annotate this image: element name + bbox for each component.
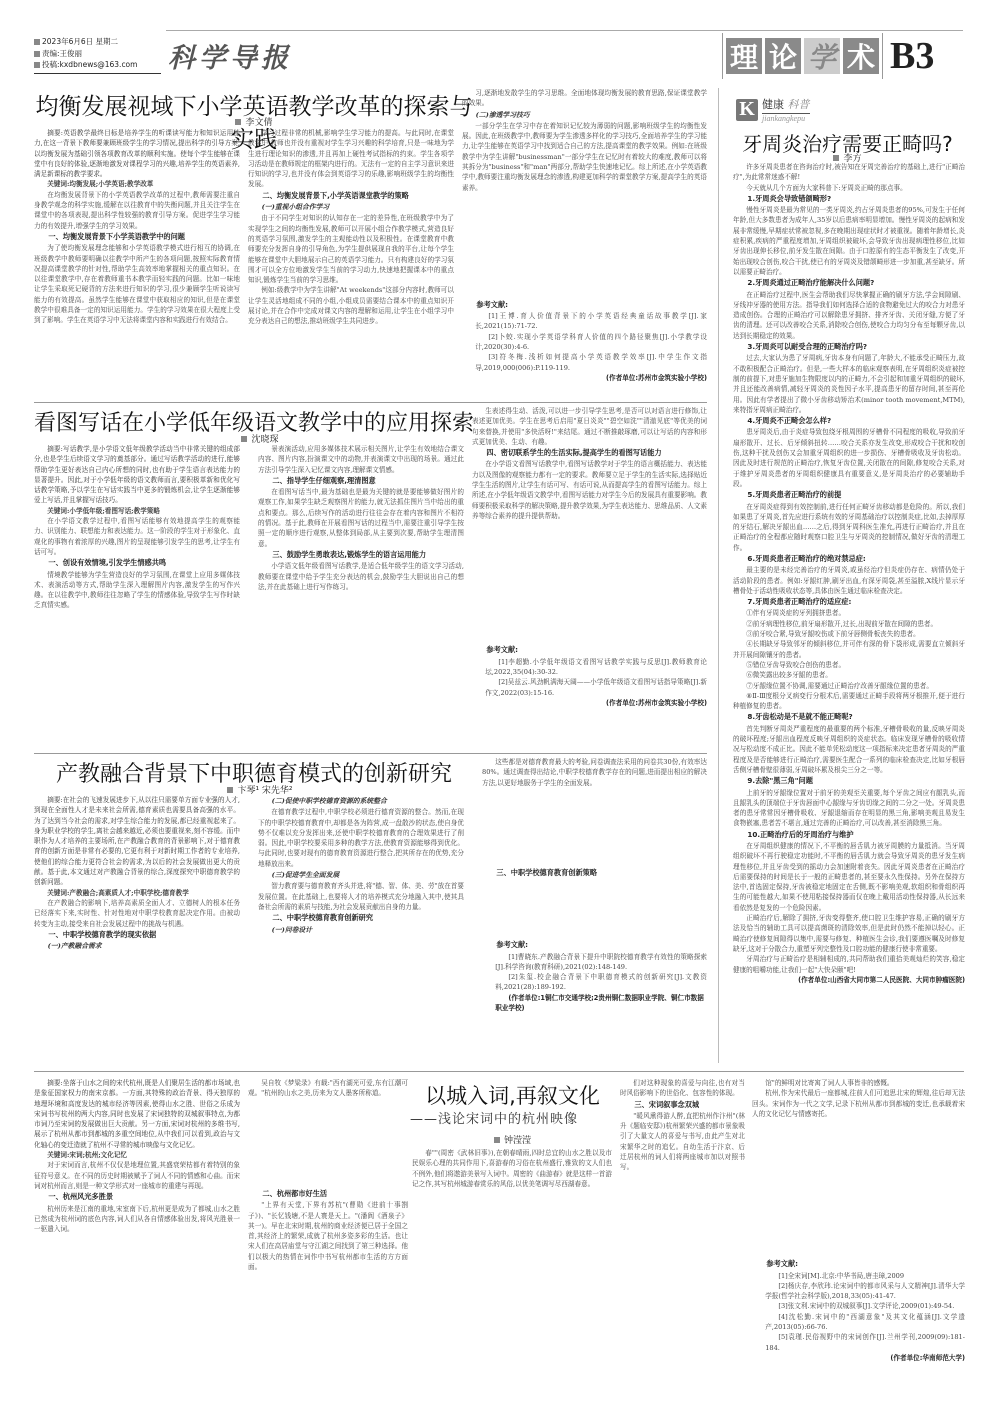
health-article-body: 许多牙周炎患者在咨询治疗时,被告知在牙周完善治疗的基础上,进行"正畸治疗",为此… (733, 162, 965, 1067)
question-heading: 7.牙周炎患者正畸治疗的适应症: (733, 597, 965, 607)
article1-column-1: 摘要:英语教学最终目标是培养学生的听课读写能力和知识运用能力,在这一背景下教师要… (34, 128, 240, 398)
bullet-square-icon (227, 787, 233, 793)
paragraph: 智力教育要与德育教育齐头并进,将"德、智、体、美、劳"放在首要发展位置。在此基础… (258, 881, 464, 912)
divider (722, 33, 723, 79)
paragraph: 在看图写话当中,最为基础也是最为关键的就是要能够做好图片的观察工作,如果学生缺乏… (258, 487, 464, 549)
paragraph: 春""(周密《武林旧事》),在朝春晴雨,四时总宜的山水之胜以及市民娱乐心理的共同… (412, 1148, 612, 1189)
column-name-accent: 科普 (788, 98, 810, 111)
section-char: 术 (843, 38, 879, 74)
section-heading: 二、均衡发展背景下,小学英语课堂教学的策略 (248, 191, 454, 201)
article4-column-3: 春""(周密《武林旧事》),在朝春晴雨,四时总宜的山水之胜以及市民娱乐心理的共同… (412, 1148, 612, 1408)
paragraph: 馆"的鲜明对比寄寓了词人人事皆非的感慨。 (752, 1078, 965, 1088)
list-item: ⑥微笑露出较多牙龈的患者。 (733, 670, 965, 680)
divider (34, 1071, 964, 1072)
article3-column-3: 这些都是对德育教育最大的考验,问卷调查法采用的问卷共30份,有效率达80%。通过… (482, 757, 707, 1057)
paragraph: 杭州历来是江南的重地,宋室南下后,杭州更是成为了都城,山水之胜已然成为杭州词的底… (34, 1204, 240, 1235)
paragraph: 这些都是对德育教育最大的考验,问卷调查法采用的问卷共30份,有效率达80%。通过… (482, 757, 707, 867)
paragraph: 在均衡发展背景下的小学英语教学改革的过程中,教师需要注重自身教学观念的科学实施,… (34, 190, 240, 231)
paragraph: 慢性牙周炎是最为常见的一类牙周炎,约占牙周炎患者的95%,可发生于任何年龄,但大… (733, 205, 965, 277)
reference: [3]符冬梅.浅析如何提高小学英语教学效率[J].中学生作文指导,2019,00… (462, 352, 707, 373)
paragraph: 在小学语文教学过程中,看图写话能够有效地提高学生的观察能力、识别能力、联想能力和… (34, 516, 240, 557)
reference: [2]朱玺.校企融合背景下中职德育模式的创新研究[J].文教资料,2021(28… (482, 972, 707, 993)
author: 钟滢滢 (504, 1136, 531, 1146)
paragraph: 患牙周炎后,由于炎症导致包绕牙根周围的牙槽骨不同程度的吸收,导致前牙扇形散开、过… (733, 427, 965, 489)
author-unit: (作者单位:苏州市金筑实验小学校) (462, 373, 707, 383)
paragraph: 小学语文低年级看图写话教学,是适合低年级学生的语文学习活动,教师要在课堂中给予学… (258, 561, 464, 592)
paragraph: 情境教学能够为学生营造良好的学习氛围,在课堂上应用多媒体技术、表演活动等方式,帮… (34, 570, 240, 611)
paragraph: 习,逐渐地发散学生的学习思维。全面地体现均衡发展的教育思路,保证课堂教学的效果。 (462, 88, 707, 109)
submission-email: 投稿:kxdbnews@163.com (42, 60, 137, 69)
section-heading: 二、杭州都市好生活 (248, 1189, 408, 1199)
editor: 责编:王俊丽 (42, 49, 82, 58)
article2-column-3: 生表述得生动、活泼,可以进一步引导学生思考,是否可以对语言进行修饰,让表述更加优… (472, 406, 707, 751)
column-name: 健康 科普 (762, 96, 810, 114)
paragraph: 在德育教学过程中,中职学校必须进行德育资源的整合。然而,在现下的中职学校德育教育… (258, 807, 464, 869)
section-heading: 三、鼓励学生勇敢表达,锻炼学生的语言运用能力 (258, 550, 464, 560)
question-heading: 8.牙齿松动是不是就不能正畸呢? (733, 712, 965, 722)
subsection-heading: (二)渗透学习技巧 (462, 110, 707, 120)
list-item: ⑤错位牙齿导致咬合创伤的患者。 (733, 660, 965, 670)
newspaper-logo: 科学导报 (168, 36, 292, 75)
author-unit: (作者单位:山西省大同市第二人民医院、大同市肿瘤医院) (733, 975, 965, 985)
keywords: 关键词:均衡发展;小学英语;教学改革 (34, 179, 240, 189)
question-heading: 3.牙周炎可以耐受合理的正畸治疗吗? (733, 342, 965, 352)
abstract: 摘要:在社会的飞速发展进步下,从以往只需要单方面专业强的人才,到现在全面性人才是… (34, 795, 240, 888)
list-item: ⑦牙龈缘位置不协调,需要通过正畸治疗改善牙龈缘位置的患者。 (733, 681, 965, 691)
list-item: ⑧Ⅱ-Ⅲ度根分叉病变行分根术后,需要通过正畸手段将两牙根推开,便于进行种植修复的… (733, 691, 965, 712)
paragraph: "暖风熏得游人醉,直把杭州作汴州"(林升《题临安邸》)杭州繁荣兴盛的都市景象吸引… (620, 1111, 745, 1173)
bullet-square-icon (34, 62, 40, 68)
paragraph: 为了使均衡发展理念能够和小学英语教学模式进行相互的协调,在班级教学中教师要明确以… (34, 243, 240, 325)
column-name-main: 健康 (762, 98, 784, 111)
question-heading: 10.正畸治疗后的牙周治疗与维护 (733, 830, 965, 840)
paragraph: 过去,大家认为患了牙周病,牙齿本身有问题了,年龄大,不能承受正畸压力,故不敢积极… (733, 353, 965, 415)
section-heading: 一、均衡发展背景下小学英语教学中的问题 (34, 232, 240, 242)
reference: [3]张文利.宋词中的双城叙事[J].文学评论,2009(01):49-54. (752, 1301, 965, 1311)
subsection-heading: (一)问卷设计 (258, 925, 464, 935)
article4-column-1: 摘要:坐落于山水之间的宋代杭州,既是人们聚居生活的都市场域,也是象征国家权力的南… (34, 1078, 240, 1408)
reference: [1]王博.育人价值背景下的小学英语经典童话故事教学[J].家长,2021(15… (462, 311, 707, 332)
question-heading: 1.牙周炎会导致错颌畸形? (733, 194, 965, 204)
author-unit: (作者单位:1铜仁市交通学校;2贵州铜仁数据职业学院、铜仁市数据职业学校) (482, 993, 707, 1014)
article1-column-2: 学习过程非常的机械,影响学生学习能力的提高。与此同时,在课堂教学中,教师也并没有… (248, 128, 454, 398)
bullet-square-icon (833, 155, 839, 161)
paragraph: 生表述得生动、活泼,可以进一步引导学生思考,是否可以对语言进行修饰,让表述更加优… (472, 406, 707, 447)
section-heading: 四、密切联系学生的生活实际,提高学生的看图写话能力 (472, 448, 707, 458)
article4-column-4: 们对这种现象的喜爱与向往,也有对当时风俗影响下的世俗化、包容性的体现。 三、宋词… (620, 1078, 745, 1408)
paragraph: 杭州,作为宋代最后一座都城,往前人们可追思北宋的辉煌,往后却无法回头。宋词作为一… (752, 1088, 965, 1258)
paragraph: 由于不同学生对知识的认知存在一定的差异性,在班级教学中为了实现学生之间的均衡性发… (248, 213, 454, 285)
section-heading: 三、宋词叙事念双城 (620, 1100, 745, 1110)
issue-date: 2023年6月6日 星期二 (42, 37, 118, 46)
section-heading: 一、中职学校德育教学的现实依据 (34, 930, 240, 940)
list-item: ①伴有牙周炎症的牙列拥挤患者。 (733, 608, 965, 618)
question-heading: 9.去除"黑三角"问题 (733, 776, 965, 786)
paragraph: 例如:级教学中为学生讲解"At weekends"这部分内容时,教师可以让学生灵… (248, 285, 454, 326)
section-char: 论 (765, 38, 801, 74)
paragraph: 在产教融合的影响下,培养高素质全面人才、立德树人的根本任务已经落实下来,实时性、… (34, 898, 240, 929)
references-heading: 参考文献: (462, 300, 707, 310)
column-pinyin: jiankangkepu (762, 114, 810, 123)
list-item: ②前牙病理性移位,前牙扇形散开,过长,出现前牙散在间隙的患者。 (733, 619, 965, 629)
subsection-heading: (一)产教融合需求 (34, 941, 240, 951)
section-banner: 理 论 学 术 B3 (722, 30, 934, 82)
paragraph: 在牙周组织健康的情况下,不平衡的唇舌肌力被牙周膜的力量抵消。当牙周组织破坏不再行… (733, 841, 965, 913)
paragraph: 一部分学生在学习中存在着知识记忆较为薄弱的问题,影响班级学生的均衡性发展。因此,… (462, 121, 707, 299)
article1-column-3: 习,逐渐地发散学生的学习思维。全面地体现均衡发展的教育思路,保证课堂教学的效果。… (462, 88, 707, 398)
references-heading: 参考文献: (472, 645, 707, 655)
paragraph: 牙周治疗与正畸治疗是相辅相成的,共同帮助我们重拾美观灿烂的笑容,稳定健康的咀嚼功… (733, 954, 965, 975)
paragraph: 吴自牧《梦粱录》有载:"西有湖光可爱,东有江潮可观。"杭州的山水之美,历来为文人… (248, 1078, 408, 1188)
paragraph: 正畸治疗后,解除了拥挤,牙齿变得整齐,使口腔卫生维护容易,正确的刷牙方法及恰当的… (733, 913, 965, 954)
paragraph: 许多牙周炎患者在咨询治疗时,被告知在牙周完善治疗的基础上,进行"正畸治疗",为此… (733, 162, 965, 183)
keywords: 关键词:小学低年级;看图写话;教学策略 (34, 506, 240, 516)
paragraph: 们对这种现象的喜爱与向往,也有对当时风俗影响下的世俗化、包容性的体现。 (620, 1078, 745, 1099)
bullet-square-icon (241, 436, 247, 442)
divider (34, 402, 707, 403)
subsection-heading: (一)重视小组合作学习 (248, 202, 454, 212)
reference: [2]吴兹云.风劲帆满海天阔——小学低年级语文看图写话指导策略[J].新作文,2… (472, 677, 707, 698)
paragraph: 在正畸治疗过程中,医生会帮助我们尽快掌握正确的刷牙方法,学会间隙刷、牙线冲牙器的… (733, 290, 965, 341)
author-unit: (作者单位:华南师范大学) (752, 1353, 965, 1363)
article2-column-2: 景表演活动,应用多媒体技术展示相关图片,让学生有效地结合课文内容、图片内容,扮演… (258, 444, 464, 744)
article3-column-2: (二)促使中职学校德育资源的系统整合 在德育教学过程中,中职学校必须进行德育资源… (258, 795, 464, 1055)
paragraph: 在小学语文看图写话教学中,看图写话教学对于学生的语言概括能力、表达能力以及图像的… (472, 459, 707, 644)
article4-subtitle: ——浅论宋词中的杭州映像 (410, 1108, 615, 1127)
paragraph: 上前牙的牙龈缘位置对于前牙的美观至关重要,每个牙齿之间应有龈乳头,而且龈乳头的顶… (733, 788, 965, 829)
reference: [2]卜蛟.实现小学英语学科育人价值的四个路径聚焦[J].小学教学设计,2020… (462, 332, 707, 353)
keywords: 关键词:产教融合;高素质人才;中职学校;德育教学 (34, 888, 240, 898)
paragraph: 在牙周炎症得到有效控制前,进行任何正畸牙齿移动都是危险的。所以,我们如果患了牙周… (733, 502, 965, 553)
page-number: B3 (890, 34, 934, 78)
section-heading: 二、中职学校德育教育创新研究 (258, 913, 464, 923)
masthead-meta: 2023年6月6日 星期二 责编:王俊丽 投稿:kxdbnews@163.com (34, 36, 161, 74)
divider (34, 753, 707, 754)
article3-column-1: 摘要:在社会的飞速发展进步下,从以往只需要单方面专业强的人才,到现在全面性人才是… (34, 795, 240, 1055)
section-heading: 一、创设有效情境,引发学生情感共鸣 (34, 558, 240, 568)
article4-column-2: 吴自牧《梦粱录》有载:"西有湖光可爱,东有江潮可观。"杭州的山水之美,历来为文人… (248, 1078, 408, 1408)
reference: [4]沈松勤.宋词中的"西湖意象"及其文化蕴涵[J].文学遗产,2013(05)… (752, 1312, 965, 1333)
paragraph: 对于宋词而言,杭州不仅仅是地理位置,其盛衰荣枯都有着特别的象征符号意义。在不同的… (34, 1160, 240, 1191)
list-item: ③前牙咬合紧,导致牙龈咬伤或下前牙唇侧骨板丧失的患者。 (733, 629, 965, 639)
bullet-square-icon (34, 39, 40, 45)
column-divider (718, 88, 719, 1063)
references-heading: 参考文献: (752, 1259, 965, 1269)
abstract: 摘要:写话教学,是小学语文低年级教学活动当中非常关键的组成部分,也是学生后续语文… (34, 444, 240, 506)
health-column-header: K 健康 科普 jiankangkepu (736, 96, 810, 123)
paragraph: "上界有天堂,下界有苏杭"(曹勋《进前十事劄子》)、"长忆钱塘,不是人寰是天上。… (248, 1200, 408, 1272)
paragraph: 学习过程非常的机械,影响学生学习能力的提高。与此同时,在课堂教学中,教师也并没有… (248, 128, 454, 190)
list-item: ④长期缺牙导致邻牙的倾斜移位,并可伴有深的骨下袋形成,需要直立倾斜牙并开展间隙镶… (733, 639, 965, 660)
section-heading: 三、中职学校德育教育创新策略 (482, 868, 707, 878)
article4-byline: 钟滢滢 (415, 1133, 610, 1146)
abstract: 摘要:坐落于山水之间的宋代杭州,既是人们聚居生活的都市场域,也是象征国家权力的南… (34, 1078, 240, 1150)
section-heading: 二、指导学生仔细观察,理清图意 (258, 476, 464, 486)
paragraph: 首先判断牙周炎严重程度的最重要的两个标准,牙槽骨吸收的量,反映牙周炎的破坏程度;… (733, 724, 965, 775)
abstract: 摘要:英语教学最终目标是培养学生的听课读写能力和知识运用能力,在这一背景下教师要… (34, 128, 240, 179)
paragraph: 景表演活动,应用多媒体技术展示相关图片,让学生有效地结合课文内容、图片内容,扮演… (258, 444, 464, 475)
bullet-square-icon (235, 119, 241, 125)
question-heading: 4.牙周炎不正畸会怎么样? (733, 416, 965, 426)
references-heading: 参考文献: (482, 940, 707, 950)
bullet-square-icon (494, 1137, 500, 1143)
question-heading: 2.牙周炎通过正畸治疗能解决什么问题? (733, 278, 965, 288)
section-heading: 一、杭州风光多胜景 (34, 1192, 240, 1202)
author-unit: (作者单位:苏州市金筑实验小学校) (472, 698, 707, 708)
k-logo-icon: K (736, 99, 758, 121)
question-heading: 5.牙周炎患者正畸治疗的前提 (733, 490, 965, 500)
subsection-heading: (二)促使中职学校德育资源的系统整合 (258, 796, 464, 806)
spacer (482, 879, 707, 939)
author: 李文倩 (245, 118, 272, 128)
reference: [1]曹晓东.产教融合背景下提升中职院校德育教学有效性的策略探索[J].科学咨询… (482, 952, 707, 973)
subsection-heading: (三)促进学生全面发展 (258, 870, 464, 880)
reference: [1]李超勤.小学低年级语文看图写话教学实践与反思[J].教师教育论坛,2022… (472, 657, 707, 678)
reference: [2]杨庆存,李欣玮.论宋词中的都市风采与人文精神[J].清华大学学报(哲学社会… (752, 1281, 965, 1302)
article4-column-5: 馆"的鲜明对比寄寓了词人人事皆非的感慨。 杭州,作为宋代最后一座都城,往前人们可… (752, 1078, 965, 1408)
reference: [5]袁瑾.民俗视野中的宋词创作[J].兰州学刊,2009(09):181-18… (752, 1332, 965, 1353)
article1-byline: 李文倩 (34, 115, 474, 128)
bullet-square-icon (34, 51, 40, 57)
divider (882, 33, 883, 79)
question-heading: 6.牙周炎患者正畸治疗的绝对禁忌症: (733, 554, 965, 564)
article4-title: 以城入词,再叙文化 (415, 1080, 610, 1110)
section-char: 理 (726, 38, 762, 74)
keywords: 关键词:宋词;杭州;文化记忆 (34, 1150, 240, 1160)
section-char: 学 (804, 38, 840, 74)
article2-column-1: 摘要:写话教学,是小学语文低年级教学活动当中非常关键的组成部分,也是学生后续语文… (34, 444, 240, 744)
reference: [1]全宋词[M].北京:中华书局,唐圭璋,2009 (752, 1271, 965, 1281)
paragraph: 今天就从几个方面为大家科普下:牙周炎正畸的那点事。 (733, 183, 965, 193)
paragraph: 最主要的是未经完善治疗的牙周炎,或虽经治疗但炎症仍存在、病情仍处于活动阶段的患者… (733, 565, 965, 596)
